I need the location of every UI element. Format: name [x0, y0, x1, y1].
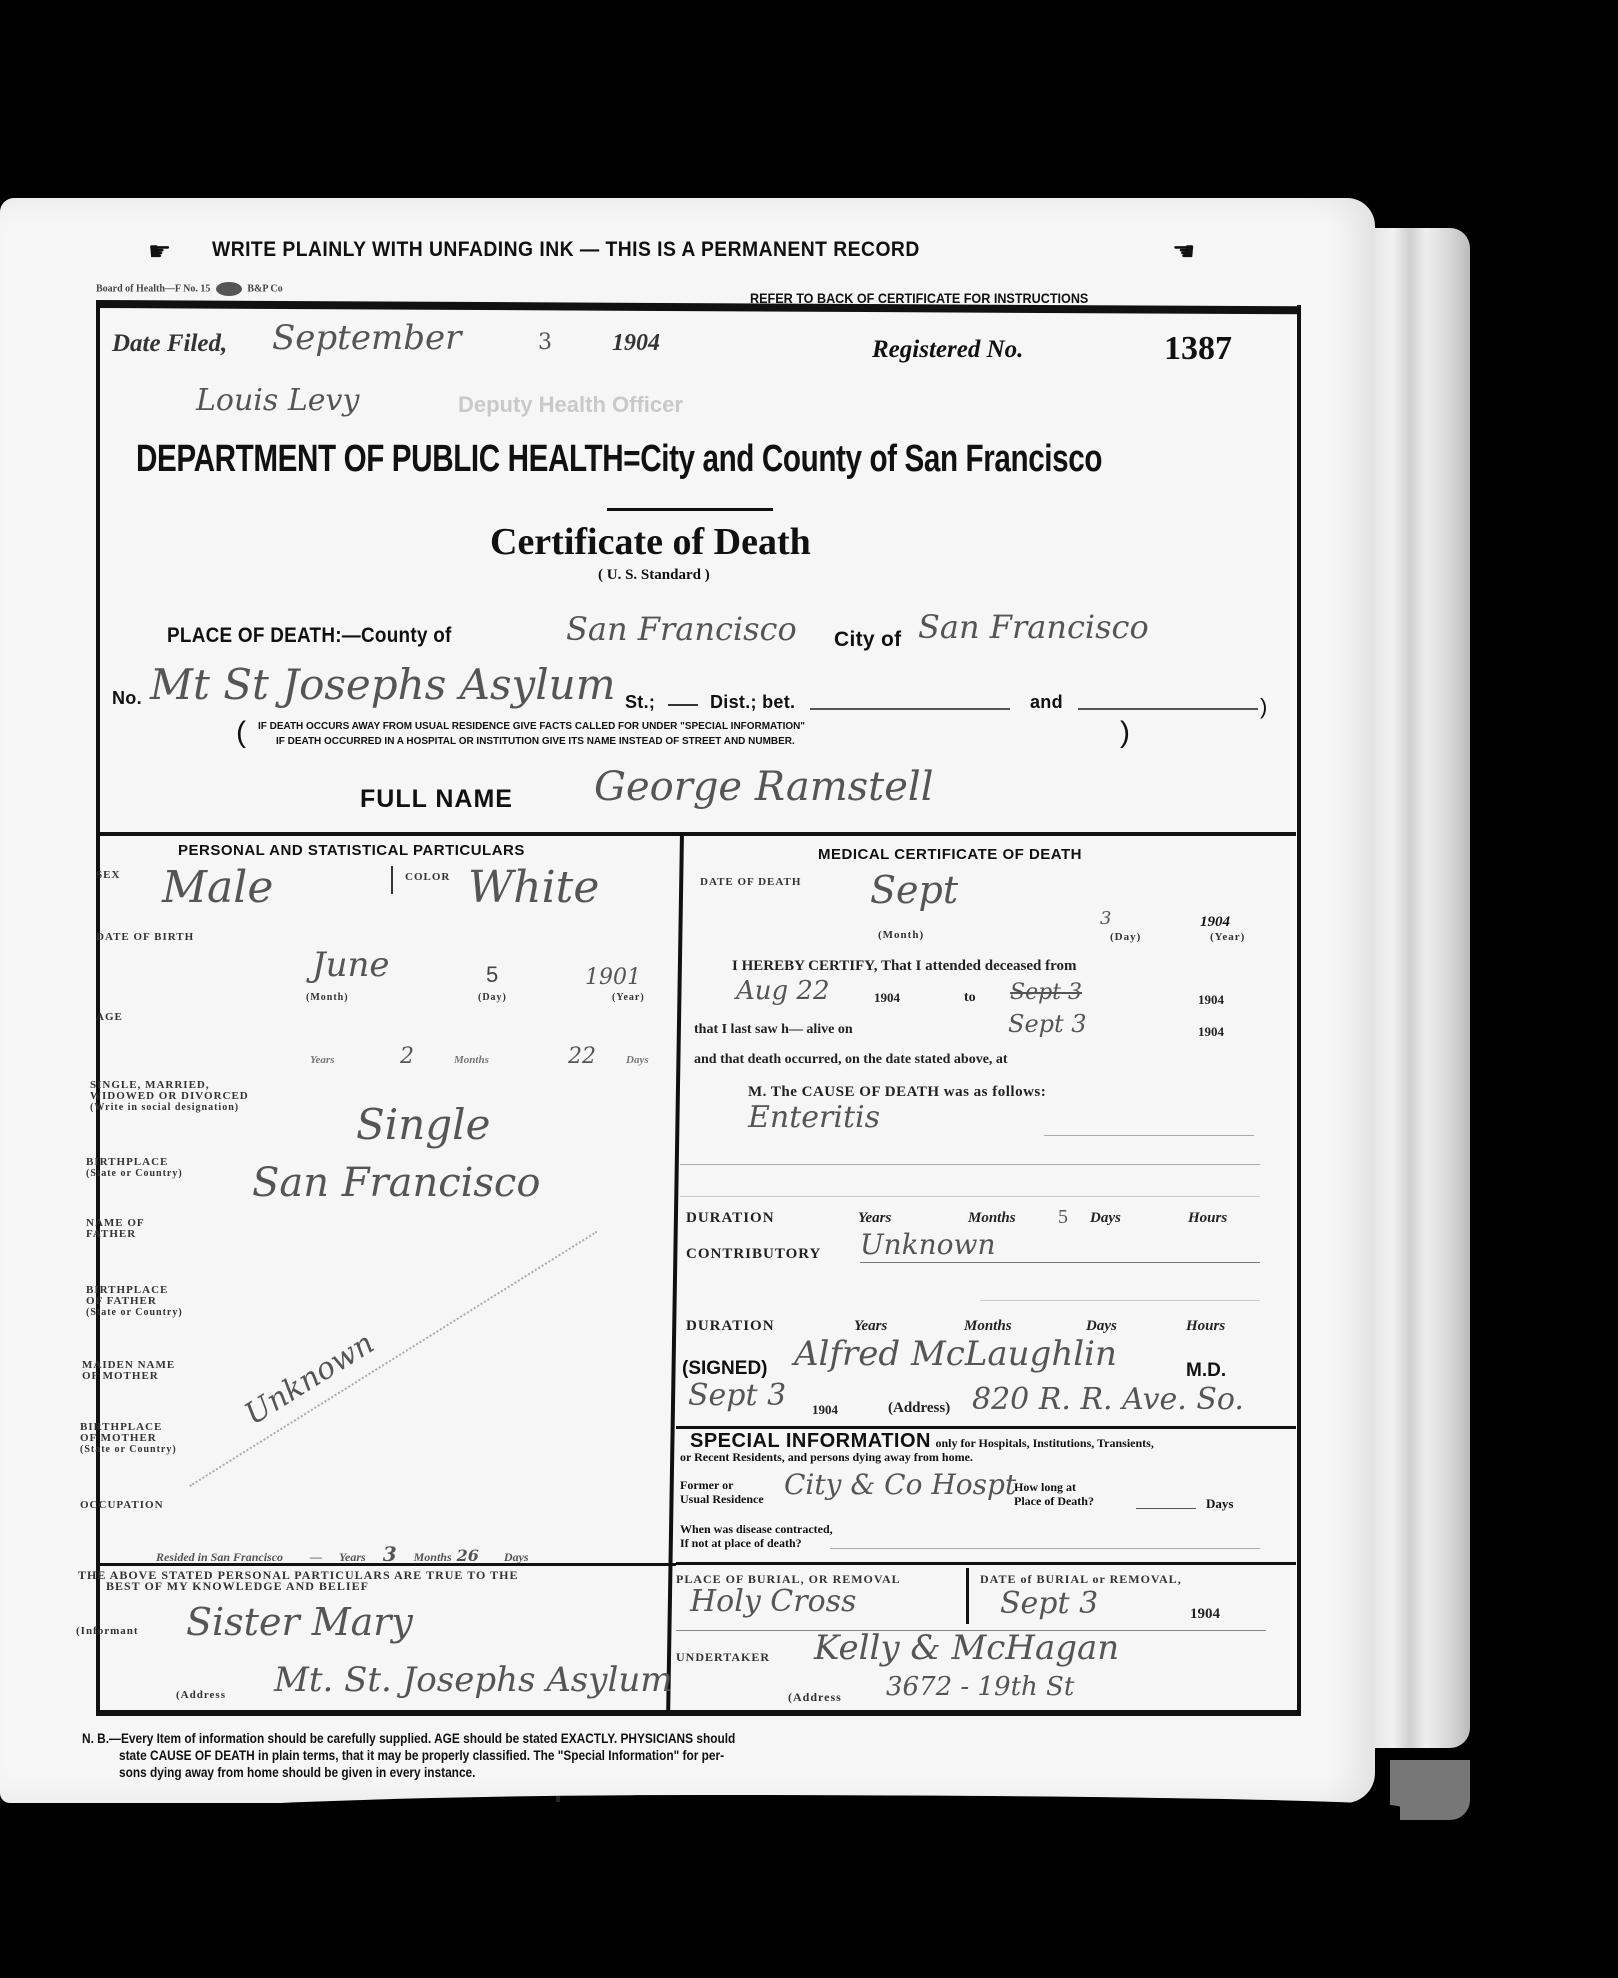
- mother-label-2: OF MOTHER: [82, 1371, 175, 1382]
- dob-month-caption: (Month): [306, 992, 349, 1003]
- pointing-hand-icon-left: ☛: [148, 236, 171, 267]
- and-label: and: [1030, 692, 1063, 713]
- physician-address: 820 R. R. Ave. So.: [972, 1382, 1244, 1417]
- equals-dash: =: [623, 438, 640, 480]
- former-residence-value: City & Co Hospt: [784, 1468, 1016, 1501]
- dob-month: June: [312, 945, 390, 985]
- page-stack-shadow: [1390, 1760, 1470, 1820]
- resided-divider: [96, 1563, 676, 1566]
- birthplace-label-2: (State or Country): [86, 1168, 183, 1179]
- full-name-label: FULL NAME: [360, 785, 513, 814]
- occurred-text: and that death occurred, on the date sta…: [694, 1052, 1008, 1068]
- department-title: DEPARTMENT OF PUBLIC HEALTH=City and Cou…: [136, 438, 1102, 481]
- physician-address-label: (Address): [888, 1400, 950, 1417]
- age-days-value: 22: [568, 1044, 596, 1069]
- cause-line-1: [1044, 1135, 1254, 1136]
- duration2-years-caption: Years: [854, 1318, 887, 1335]
- signed-year: 1904: [812, 1402, 838, 1418]
- st-label: St.;: [625, 692, 655, 713]
- contributory-value: Unknown: [860, 1228, 996, 1261]
- dob-year: 1901: [585, 965, 641, 990]
- mother-birthplace-label: BIRTHPLACE OF MOTHER (State or Country): [80, 1422, 177, 1455]
- form-id-text: Board of Health—F No. 15: [96, 283, 210, 294]
- attended-to-year: 1904: [1198, 992, 1224, 1008]
- instruction-paren-close: ): [1120, 716, 1130, 750]
- burial-place: Holy Cross: [690, 1584, 856, 1619]
- cause-value: Enteritis: [748, 1100, 880, 1135]
- form-id: Board of Health—F No. 15 B&P Co: [96, 282, 283, 296]
- signed-label: (SIGNED): [682, 1358, 768, 1380]
- marital-value: Single: [356, 1100, 490, 1149]
- former-residence-label: Former or Usual Residence: [680, 1478, 764, 1506]
- marital-label: SINGLE, MARRIED, WIDOWED OR DIVORCED (Wr…: [90, 1080, 249, 1113]
- officer-signature: Louis Levy: [196, 383, 359, 418]
- cause-text: M. The CAUSE OF DEATH was as follows:: [748, 1084, 1046, 1101]
- father-birthplace-label: BIRTHPLACE OF FATHER (State or Country): [86, 1285, 183, 1318]
- age-days-caption: Days: [626, 1054, 649, 1066]
- resided-label: Resided in San Francisco: [156, 1550, 283, 1564]
- last-saw-year: 1904: [1198, 1024, 1224, 1040]
- burial-date: Sept 3: [1000, 1586, 1098, 1621]
- special-heading-note-2: or Recent Residents, and persons dying a…: [680, 1450, 973, 1465]
- last-saw-date: Sept 3: [1008, 1010, 1087, 1038]
- and-line: [1078, 708, 1258, 710]
- seal-icon: [216, 282, 242, 296]
- how-long-label-2: Place of Death?: [1014, 1494, 1094, 1508]
- contributory-line-2: [980, 1300, 1260, 1301]
- duration2-months-caption: Months: [964, 1318, 1012, 1335]
- how-long-days: Days: [1206, 1496, 1233, 1512]
- attended-from: Aug 22: [736, 976, 830, 1006]
- footer-note-prefix: N. B.—: [82, 1731, 121, 1746]
- resided-years: —: [310, 1550, 322, 1564]
- special-divider: [676, 1562, 1296, 1565]
- instruction-paren-open: (: [236, 716, 246, 750]
- special-heading-text: SPECIAL INFORMATION: [690, 1430, 931, 1452]
- dob-year-caption: (Year): [612, 992, 645, 1003]
- paper-dot-mark: [556, 1796, 560, 1802]
- jurisdiction: City and County of San Francisco: [640, 438, 1102, 480]
- printer-text: B&P Co: [247, 283, 282, 294]
- duration2-hours-caption: Hours: [1186, 1318, 1225, 1335]
- age-label: AGE: [96, 1012, 123, 1023]
- dob-day-caption: (Day): [478, 992, 507, 1003]
- former-label-1: Former or: [680, 1478, 764, 1492]
- mother-birthplace-label-2: OF MOTHER: [80, 1433, 177, 1444]
- street-value: Mt St Josephs Asylum: [150, 660, 616, 709]
- dod-month: Sept: [870, 868, 958, 912]
- medical-heading: MEDICAL CERTIFICATE OF DEATH: [818, 846, 1082, 863]
- birthplace-label-1: BIRTHPLACE: [86, 1157, 183, 1168]
- section-divider-top: [96, 832, 1296, 836]
- footer-note-line-3: sons dying away from home should be give…: [82, 1764, 735, 1781]
- officer-title: Deputy Health Officer: [458, 392, 683, 418]
- attest-line-2: BEST OF MY KNOWLEDGE AND BELIEF: [78, 1581, 518, 1592]
- age-months-value: 2: [400, 1044, 414, 1069]
- father-name-label: NAME OF FATHER: [86, 1218, 145, 1240]
- contracted-label-1: When was disease contracted,: [680, 1522, 833, 1536]
- duration-row: DURATION Years Months 5 Days Hours: [686, 1210, 1246, 1227]
- informant-name: Sister Mary: [186, 1600, 413, 1644]
- color-value: White: [468, 862, 599, 913]
- place-instruction-2: IF DEATH OCCURRED IN A HOSPITAL OR INSTI…: [276, 735, 795, 747]
- certificate-title: Certificate of Death: [490, 520, 811, 564]
- certify-text: I HEREBY CERTIFY, That I attended deceas…: [732, 958, 1077, 975]
- dist-label: Dist.; bet.: [710, 692, 795, 713]
- to-label: to: [964, 990, 976, 1006]
- how-long-label-1: How long at: [1014, 1480, 1094, 1494]
- st-line: [668, 704, 698, 706]
- dod-year: 1904: [1200, 914, 1230, 931]
- duration-label: DURATION: [686, 1210, 775, 1226]
- duration2-days-caption: Days: [1086, 1318, 1117, 1335]
- undertaker-address: 3672 - 19th St: [886, 1672, 1074, 1702]
- last-saw-text: that I last saw h— alive on: [694, 1022, 853, 1038]
- place-instruction-1: IF DEATH OCCURS AWAY FROM USUAL RESIDENC…: [258, 720, 805, 732]
- father-label-2: FATHER: [86, 1229, 145, 1240]
- footer-note-line-1: Every Item of information should be care…: [121, 1731, 735, 1746]
- place-of-death-label: PLACE OF DEATH:—County of: [167, 624, 452, 648]
- full-name-value: George Ramstell: [594, 764, 934, 810]
- physician-signature: Alfred McLaughlin: [794, 1334, 1117, 1374]
- duration-hours-caption: Hours: [1188, 1210, 1227, 1227]
- sex-color-divider: [391, 866, 393, 894]
- color-label: COLOR: [405, 872, 450, 883]
- md-label: M.D.: [1186, 1360, 1226, 1382]
- burial-year: 1904: [1190, 1606, 1220, 1623]
- department-name: DEPARTMENT OF PUBLIC HEALTH: [136, 438, 623, 480]
- contracted-label: When was disease contracted, If not at p…: [680, 1522, 833, 1550]
- duration-months-value: 5: [1058, 1206, 1069, 1229]
- marital-label-3: (Write in social designation): [90, 1102, 249, 1113]
- registered-number: 1387: [1164, 330, 1232, 368]
- footer-note-line-2: state CAUSE OF DEATH in plain terms, tha…: [82, 1747, 735, 1764]
- sex-label: SEX: [96, 870, 120, 881]
- occupation-label: OCCUPATION: [80, 1500, 164, 1511]
- duration-days-caption: Days: [1090, 1210, 1121, 1227]
- burial-col-divider: [966, 1568, 969, 1624]
- footer-note: N. B.—Every Item of information should b…: [82, 1730, 735, 1781]
- informant-label: (Informant: [76, 1626, 139, 1637]
- dod-day: 3: [1100, 908, 1111, 929]
- attended-from-year: 1904: [874, 990, 900, 1006]
- how-long-label: How long at Place of Death?: [1014, 1480, 1094, 1508]
- father-birthplace-label-3: (State or Country): [86, 1307, 183, 1318]
- paren-close: ): [1260, 694, 1267, 720]
- former-label-2: Usual Residence: [680, 1492, 764, 1506]
- permanent-record-banner: WRITE PLAINLY WITH UNFADING INK — THIS I…: [212, 238, 920, 262]
- undertaker-address-label: (Address: [788, 1692, 842, 1703]
- age-years-caption: Years: [310, 1054, 334, 1066]
- personal-heading: PERSONAL AND STATISTICAL PARTICULARS: [178, 842, 525, 859]
- signed-divider: [676, 1426, 1296, 1429]
- date-filed-month: September: [272, 318, 461, 358]
- duration-years-caption: Years: [858, 1210, 891, 1227]
- pointing-hand-icon-right: ☛: [1172, 236, 1195, 267]
- duration2-row: DURATION Years Months Days Hours: [686, 1318, 1246, 1335]
- date-filed-day: 3: [538, 330, 552, 355]
- informant-address-label: (Address: [176, 1690, 226, 1701]
- duration2-label: DURATION: [686, 1318, 775, 1334]
- cause-line-3: [680, 1196, 1260, 1197]
- dob-day: 5: [486, 962, 498, 988]
- dod-month-caption: (Month): [878, 930, 924, 941]
- attended-to: Sept 3: [1010, 980, 1082, 1005]
- undertaker-name: Kelly & McHagan: [814, 1628, 1119, 1668]
- contributory-label: CONTRIBUTORY: [686, 1246, 821, 1263]
- cause-line-2: [680, 1164, 1260, 1165]
- contributory-line: [860, 1262, 1260, 1263]
- registered-no-label: Registered No.: [872, 336, 1023, 364]
- age-months-caption: Months: [454, 1054, 489, 1066]
- how-long-line: [1136, 1508, 1196, 1509]
- county-value: San Francisco: [566, 610, 797, 648]
- title-divider: [607, 508, 773, 511]
- resided-months-caption: Months: [414, 1550, 452, 1564]
- father-birthplace-label-2: OF FATHER: [86, 1296, 183, 1307]
- mother-name-label: MAIDEN NAME OF MOTHER: [82, 1360, 175, 1382]
- standard-caption: ( U. S. Standard ): [598, 567, 710, 584]
- signed-date: Sept 3: [688, 1378, 786, 1413]
- sex-value: Male: [162, 862, 273, 913]
- dod-label: DATE OF DEATH: [700, 877, 801, 888]
- resided-days-caption: Days: [504, 1550, 529, 1564]
- city-label: City of: [834, 628, 901, 652]
- page-stack-edge: [1360, 228, 1470, 1748]
- street-no-label: No.: [112, 688, 142, 709]
- duration-months-caption: Months: [968, 1210, 1016, 1227]
- contracted-label-2: If not at place of death?: [680, 1536, 833, 1550]
- mother-birthplace-label-3: (State or Country): [80, 1444, 177, 1455]
- undertaker-label: UNDERTAKER: [676, 1652, 770, 1663]
- informant-attestation: THE ABOVE STATED PERSONAL PARTICULARS AR…: [78, 1570, 518, 1592]
- contracted-line: [830, 1548, 1260, 1549]
- informant-address: Mt. St. Josephs Asylum: [274, 1660, 672, 1700]
- dist-line: [810, 708, 1010, 710]
- marital-label-2: WIDOWED OR DIVORCED: [90, 1091, 249, 1102]
- date-filed-label: Date Filed,: [112, 330, 227, 358]
- dod-day-caption: (Day): [1110, 932, 1141, 943]
- dob-label: DATE OF BIRTH: [96, 932, 194, 943]
- special-heading-note: only for Hospitals, Institutions, Transi…: [935, 1436, 1153, 1450]
- city-value: San Francisco: [918, 608, 1149, 646]
- date-filed-year: 1904: [612, 330, 660, 357]
- resided-years-caption: Years: [339, 1550, 366, 1564]
- birthplace-value: San Francisco: [252, 1160, 540, 1206]
- birthplace-label: BIRTHPLACE (State or Country): [86, 1157, 183, 1179]
- dod-year-caption: (Year): [1210, 932, 1245, 943]
- burial-date-label: DATE of BURIAL or REMOVAL,: [980, 1574, 1182, 1585]
